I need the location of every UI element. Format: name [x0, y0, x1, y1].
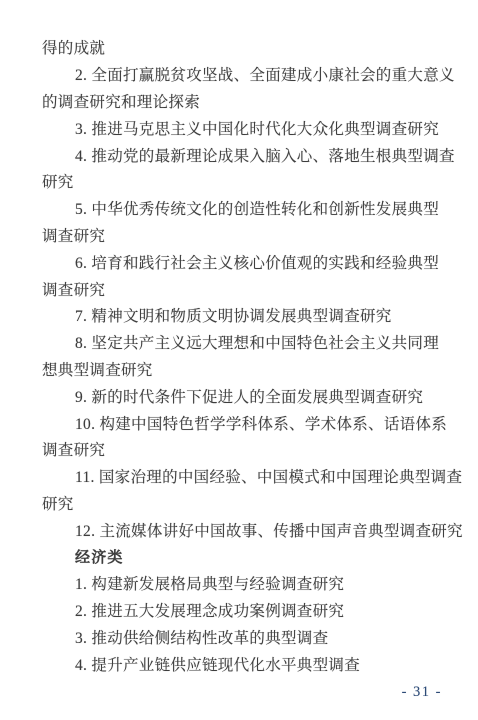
- document-lines: 得的成就2. 全面打赢脱贫攻坚战、全面建成小康社会的重大意义的调查研究和理论探索…: [42, 34, 444, 677]
- text-line: 1. 构建新发展格局典型与经验调查研究: [42, 570, 444, 597]
- text-line: 调查研究: [42, 222, 444, 249]
- text-line: 12. 主流媒体讲好中国故事、传播中国声音典型调查研究: [42, 516, 444, 543]
- text-line: 4. 提升产业链供应链现代化水平典型调查: [42, 650, 444, 677]
- text-line: 9. 新的时代条件下促进人的全面发展典型调查研究: [42, 382, 444, 409]
- text-line: 11. 国家治理的中国经验、中国模式和中国理论典型调查: [42, 463, 444, 490]
- text-line: 4. 推动党的最新理论成果入脑入心、落地生根典型调查: [42, 141, 444, 168]
- text-line: 调查研究: [42, 436, 444, 463]
- text-line: 研究: [42, 490, 444, 517]
- document-page: 得的成就2. 全面打赢脱贫攻坚战、全面建成小康社会的重大意义的调查研究和理论探索…: [0, 0, 478, 720]
- text-line: 8. 坚定共产主义远大理想和中国特色社会主义共同理: [42, 329, 444, 356]
- text-line: 7. 精神文明和物质文明协调发展典型调查研究: [42, 302, 444, 329]
- text-line: 得的成就: [42, 34, 444, 61]
- text-line: 3. 推动供给侧结构性改革的典型调查: [42, 624, 444, 651]
- text-line: 2. 全面打赢脱贫攻坚战、全面建成小康社会的重大意义: [42, 61, 444, 88]
- text-line: 研究: [42, 168, 444, 195]
- text-line: 想典型调查研究: [42, 356, 444, 383]
- text-line: 6. 培育和践行社会主义核心价值观的实践和经验典型: [42, 248, 444, 275]
- text-line: 的调查研究和理论探索: [42, 88, 444, 115]
- text-line: 10. 构建中国特色哲学学科体系、学术体系、话语体系: [42, 409, 444, 436]
- page-number: - 31 -: [402, 683, 442, 701]
- text-line: 5. 中华优秀传统文化的创造性转化和创新性发展典型: [42, 195, 444, 222]
- section-heading: 经济类: [42, 543, 444, 570]
- text-line: 3. 推进马克思主义中国化时代化大众化典型调查研究: [42, 114, 444, 141]
- text-line: 2. 推进五大发展理念成功案例调查研究: [42, 597, 444, 624]
- text-line: 调查研究: [42, 275, 444, 302]
